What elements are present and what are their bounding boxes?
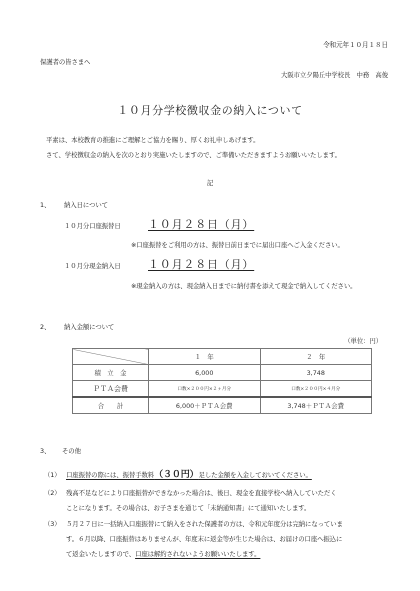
cell: 3,748 <box>260 365 372 381</box>
header-grade-1: １ 年 <box>149 349 261 365</box>
document-title: １０月分学校徴収金の納入について <box>0 102 420 118</box>
note-item-3: （3）５月２７日に一括納入口座振替にて納入をされた保護者の方は、令和元年度分は完… <box>44 519 343 528</box>
note-item-2-line-2: ことになります。その場合は、お子さまを通じて「未納通知書」にて通知いたします。 <box>66 503 310 512</box>
table-row: 積 立 金 6,000 3,748 <box>73 365 372 381</box>
row-label: 積 立 金 <box>73 365 149 381</box>
cash-date-note: ※現金納入の方は、現金納入日までに納付書を添えて現金で納入してください。 <box>131 281 356 290</box>
item-number: （2） <box>44 488 66 497</box>
addressee: 保護者の皆さまへ <box>40 57 90 66</box>
issue-date: 令和元年１０月１８日 <box>323 39 388 49</box>
cell: 3,748＋ＰＴＡ会費 <box>260 397 372 414</box>
section-number: 1、 <box>40 200 64 209</box>
cell: 口数×２００円×２ヶ月分 <box>149 381 261 398</box>
section-number: 2、 <box>40 322 64 331</box>
section-number: 3、 <box>40 446 62 455</box>
note-item-2: （2）残高不足などにより口座振替ができなかった場合は、後日、現金を直接学校へ納入… <box>44 488 337 497</box>
section-title: その他 <box>62 447 81 455</box>
section-title: 納入日について <box>64 201 108 209</box>
debit-date-note: ※口座振替をご利用の方は、振替日前日までに届出口座へご入金ください。 <box>131 240 344 249</box>
item-text-line-1: ５月２７日に一括納入口座振替にて納入をされた保護者の方は、令和元年度分は完納にな… <box>66 520 343 528</box>
item-text-line-1: 残高不足などにより口座振替ができなかった場合は、後日、現金を直接学校へ納入してい… <box>66 489 337 497</box>
fee-table: １ 年 ２ 年 積 立 金 6,000 3,748 ＰＴＡ会費 口数×２００円×… <box>72 348 372 414</box>
cell: 6,000＋ＰＴＡ会費 <box>149 397 261 414</box>
item-number: （1） <box>44 470 66 479</box>
header-grade-2: ２ 年 <box>260 349 372 365</box>
item-number: （3） <box>44 519 66 528</box>
item-text-pre: 口座振替の際には、振替手数料 <box>66 471 154 479</box>
debit-date-value: １０月２８日（月） <box>148 216 254 232</box>
table-header-row: １ 年 ２ 年 <box>73 349 372 365</box>
cell: 口数×２００円×４月分 <box>260 381 372 398</box>
cash-date-label: １０月分現金納入日 <box>64 261 121 270</box>
item-text-post: 足した金額を入金しておいてください。 <box>199 471 312 479</box>
note-item-3-line-2: す。６月以降、口座振替はありませんが、年度末に返金等が生じた場合は、お届けの口座… <box>66 534 342 543</box>
debit-date-label: １０月分口座振替日 <box>64 221 121 230</box>
unit-label: （単位：円） <box>344 336 382 345</box>
row-label: ＰＴＡ会費 <box>73 381 149 398</box>
item-text-underlined: 口座は解約されないようお願いいたします。 <box>135 550 260 558</box>
greeting-line-2: さて、学校徴収金の納入を次のとおり実施いたしますので、ご準備いただきますようお願… <box>46 150 341 159</box>
row-label: 合 計 <box>73 397 149 414</box>
section-3-heading: 3、その他 <box>40 446 81 455</box>
cash-date-value: １０月２８日（月） <box>148 256 254 272</box>
table-total-row: 合 計 6,000＋ＰＴＡ会費 3,748＋ＰＴＡ会費 <box>73 397 372 414</box>
note-item-3-line-3: て返金いたしますので、口座は解約されないようお願いいたします。 <box>66 549 260 558</box>
section-1-heading: 1、納入日について <box>40 200 108 209</box>
section-title: 納入金額について <box>64 323 114 331</box>
greeting-line-1: 平素は、本校教育の推進にご理解とご協力を賜り、厚くお礼申しあげます。 <box>46 135 259 144</box>
ki-heading: 記 <box>0 178 420 187</box>
cell: 6,000 <box>149 365 261 381</box>
item-text-pre: て返金いたしますので、 <box>66 550 135 558</box>
section-2-heading: 2、納入金額について <box>40 322 114 331</box>
sender: 大阪市立夕陽丘中学校長 中務 高俊 <box>281 70 388 79</box>
table-row: ＰＴＡ会費 口数×２００円×２ヶ月分 口数×２００円×４月分 <box>73 381 372 398</box>
item-text: 口座振替の際には、振替手数料（３０円）足した金額を入金しておいてください。 <box>66 471 312 479</box>
fee-amount: （３０円） <box>154 470 199 480</box>
corner-cell <box>73 349 149 365</box>
note-item-1: （1）口座振替の際には、振替手数料（３０円）足した金額を入金しておいてください。 <box>44 467 312 480</box>
